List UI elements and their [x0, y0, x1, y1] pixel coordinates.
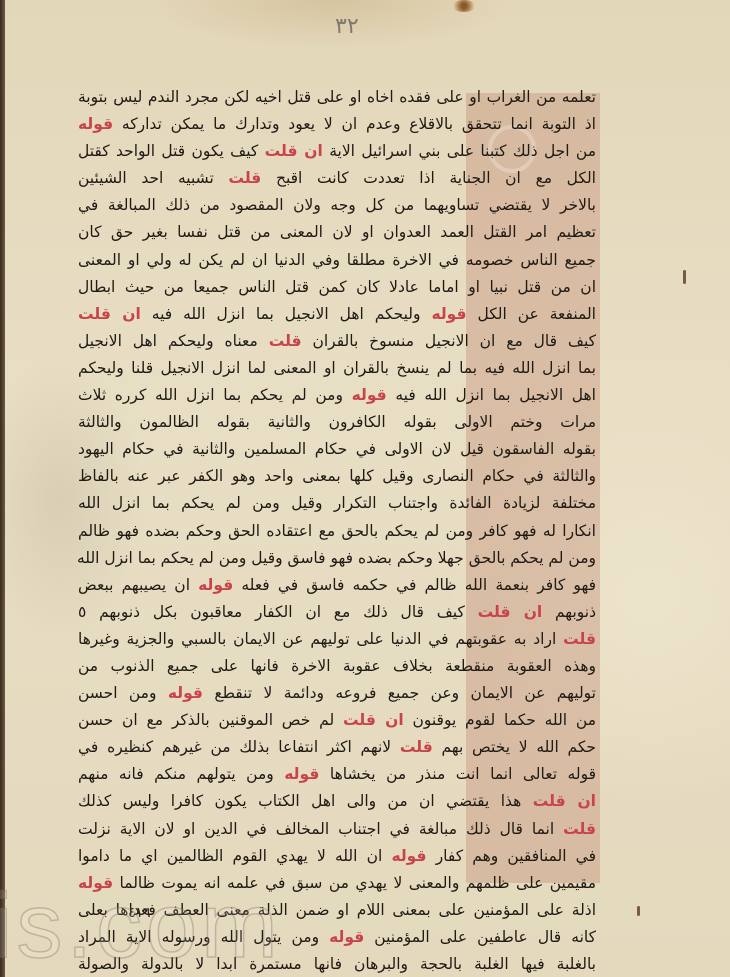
line-text: بقوله الفاسقون قيل لان الاولى في حكام ال…	[78, 440, 596, 458]
manuscript-line: في المنافقين وهم كفار قوله ان الله لا يه…	[78, 843, 596, 870]
manuscript-line: اهل الانجيل بما انزل الله فيه قوله ومن ل…	[78, 382, 596, 409]
manuscript-line: جميع الناس خصومه في الاخرة مطلقا وفي الد…	[78, 247, 596, 274]
line-text: كيف قال ذلك مع ان الكفار معاقبون بكل ذنو…	[78, 603, 478, 621]
manuscript-line: من اجل ذلك كتبنا على بني اسرائيل الاية ا…	[78, 138, 596, 165]
manuscript-line: قوله تعالى انما انت منذر من يخشاها قوله …	[78, 761, 596, 788]
line-text: تشبيه احد الشيئين	[78, 169, 228, 187]
line-text: الكل مع ان الجناية اذا تعددت كانت اقبح	[261, 169, 596, 187]
line-text: اذ التوبة انما تتحقق بالاقلاع وعدم ان لا…	[113, 115, 596, 133]
line-text: ان الله لا يهدي القوم الظالمين اي ما دام…	[78, 847, 391, 865]
site-watermark: is.com	[0, 880, 282, 972]
manuscript-line: ومن لم يحكم بالحق جهلا وحكم بضده فهو فاس…	[78, 545, 596, 572]
line-text: ومن احسن	[78, 684, 168, 702]
manuscript-line: فهو كافر بنعمة الله ظالم في حكمه فاسق في…	[78, 572, 596, 599]
manuscript-line: ان قلت هذا يقتضي ان من والى اهل الكتاب ي…	[78, 788, 596, 815]
line-text: في المنافقين وهم كفار	[427, 847, 596, 865]
rubric-keyword: قوله	[391, 847, 426, 865]
line-text: انكارا له فهو كافر ومن لم يحكم بالحق مع …	[78, 522, 596, 540]
manuscript-line: من الله حكما لقوم يوقنون ان قلت لم خص ال…	[78, 707, 596, 734]
line-text: معناه وليحكم اهل الانجيل	[78, 332, 269, 350]
line-text: بما انزل الله فيه بما لم ينسخ بالقران او…	[78, 359, 596, 377]
line-text: بالاخر لا يقتضي تساويهما من كل وجه ولان …	[78, 196, 596, 214]
line-text: ان من قتل نبيا او اماما عادلا كان كمن قت…	[78, 278, 596, 296]
page-binding-edge	[0, 0, 5, 977]
line-text: اراد به عقوبتهم في الدنيا على توليهم عن …	[78, 630, 563, 648]
rubric-keyword: قوله	[352, 386, 387, 404]
manuscript-line: بما انزل الله فيه بما لم ينسخ بالقران او…	[78, 355, 596, 382]
manuscript-line: وهذه العقوبة منقطعة بخلاف عقوبة الاخرة ف…	[78, 653, 596, 680]
line-text: تعظيم امر القتل العمد العدوان او لان الم…	[78, 223, 596, 241]
manuscript-line: والثالثة في حكام النصارى وقيل كلها بمعنى…	[78, 463, 596, 490]
manuscript-line: توليهم عن الايمان وعن جميع فروعه ودائمة …	[78, 680, 596, 707]
rubric-keyword: قوله	[431, 305, 466, 323]
line-text: لم خص الموقنين بالذكر مع ان حسن	[78, 711, 343, 729]
rubric-keyword: قوله	[78, 115, 113, 133]
manuscript-line: ذنوبهم ان قلت كيف قال ذلك مع ان الكفار م…	[78, 599, 596, 626]
manuscript-line: قلت اراد به عقوبتهم في الدنيا على توليهم…	[78, 626, 596, 653]
line-text: المنفعة عن الكل	[467, 305, 596, 323]
line-text: والثالثة في حكام النصارى وقيل كلها بمعنى…	[78, 467, 596, 485]
line-text: لانهم اكثر انتفاعا بذلك من غيرهم كنظيره …	[78, 738, 400, 756]
line-text: حكم الله لا يختص بهم	[433, 738, 596, 756]
line-text: ومن لم يحكم بما انزل الله كرره ثلاث	[78, 386, 352, 404]
manuscript-line: قلت انما قال ذلك مبالغة في اجتناب المخال…	[78, 816, 596, 843]
ink-speck	[683, 270, 686, 284]
line-text: ومن يتولهم منكم فانه منهم	[78, 765, 284, 783]
rubric-keyword: قوله	[168, 684, 203, 702]
manuscript-line: بالاخر لا يقتضي تساويهما من كل وجه ولان …	[78, 192, 596, 219]
manuscript-line: المنفعة عن الكل قوله وليحكم اهل الانجيل …	[78, 301, 596, 328]
line-text: ذنوبهم	[542, 603, 596, 621]
line-text: كانه قال عاطفين على المؤمنين	[364, 928, 596, 946]
line-text: انما قال ذلك مبالغة في اجتناب المخالف في…	[78, 820, 563, 838]
rubric-keyword: قلت	[228, 169, 261, 187]
rubric-keyword: قلت	[563, 820, 596, 838]
rubric-keyword: قلت	[400, 738, 433, 756]
line-text: اهل الانجيل بما انزل الله فيه	[387, 386, 596, 404]
line-text: كيف قال مع ان الانجيل منسوخ بالقران	[302, 332, 596, 350]
line-text: وليحكم اهل الانجيل بما انزل الله فيه	[141, 305, 432, 323]
line-text: فهو كافر بنعمة الله ظالم في حكمه فاسق في…	[233, 576, 596, 594]
line-text: هذا يقتضي ان من والى اهل الكتاب يكون كاف…	[78, 792, 533, 810]
rubric-keyword: ان قلت	[343, 711, 404, 729]
manuscript-line: حكم الله لا يختص بهم قلت لانهم اكثر انتف…	[78, 734, 596, 761]
manuscript-line: اذ التوبة انما تتحقق بالاقلاع وعدم ان لا…	[78, 111, 596, 138]
line-text: تعلمه من الغراب او على فقده اخاه او على …	[78, 88, 596, 106]
line-text: كيف يكون قتل الواحد كقتل	[78, 142, 265, 160]
rubric-keyword: قوله	[284, 765, 319, 783]
manuscript-line: مختلفة لزيادة الفائدة واجتناب التكرار وق…	[78, 490, 596, 517]
manuscript-line: الكل مع ان الجناية اذا تعددت كانت اقبح ق…	[78, 165, 596, 192]
manuscript-line: ان من قتل نبيا او اماما عادلا كان كمن قت…	[78, 274, 596, 301]
paper-stain	[452, 0, 476, 12]
line-text: وهذه العقوبة منقطعة بخلاف عقوبة الاخرة ف…	[78, 657, 596, 675]
ink-speck	[637, 906, 640, 916]
manuscript-line: كيف قال مع ان الانجيل منسوخ بالقران قلت …	[78, 328, 596, 355]
rubric-keyword: قوله	[329, 928, 364, 946]
line-text: ان يصيبهم ببعض	[78, 576, 198, 594]
folio-number: ٣٢	[335, 14, 359, 39]
rubric-keyword: قوله	[198, 576, 233, 594]
line-text: من الله حكما لقوم يوقنون	[404, 711, 596, 729]
line-text: من اجل ذلك كتبنا على بني اسرائيل الاية	[323, 142, 596, 160]
line-text: مرات وختم الاولى بقوله الكافرون والثانية…	[78, 413, 596, 431]
line-text: جميع الناس خصومه في الاخرة مطلقا وفي الد…	[78, 251, 596, 269]
rubric-keyword: ان قلت	[533, 792, 596, 810]
rubric-keyword: ان قلت	[78, 305, 141, 323]
manuscript-page: ٣٢ تعلمه من الغراب او على فقده اخاه او ع…	[0, 0, 730, 977]
line-text: ومن لم يحكم بالحق جهلا وحكم بضده فهو فاس…	[78, 549, 596, 567]
line-text: توليهم عن الايمان وعن جميع فروعه ودائمة …	[203, 684, 596, 702]
rubric-keyword: قلت	[269, 332, 302, 350]
rubric-keyword: قلت	[563, 630, 596, 648]
line-text: مختلفة لزيادة الفائدة واجتناب التكرار وق…	[78, 494, 596, 512]
manuscript-line: تعلمه من الغراب او على فقده اخاه او على …	[78, 84, 596, 111]
manuscript-line: تعظيم امر القتل العمد العدوان او لان الم…	[78, 219, 596, 246]
manuscript-line: انكارا له فهو كافر ومن لم يحكم بالحق مع …	[78, 518, 596, 545]
manuscript-text-block: تعلمه من الغراب او على فقده اخاه او على …	[78, 84, 596, 977]
rubric-keyword: ان قلت	[478, 603, 543, 621]
manuscript-line: مرات وختم الاولى بقوله الكافرون والثانية…	[78, 409, 596, 436]
rubric-keyword: ان قلت	[265, 142, 323, 160]
manuscript-line: بقوله الفاسقون قيل لان الاولى في حكام ال…	[78, 436, 596, 463]
line-text: قوله تعالى انما انت منذر من يخشاها	[319, 765, 596, 783]
